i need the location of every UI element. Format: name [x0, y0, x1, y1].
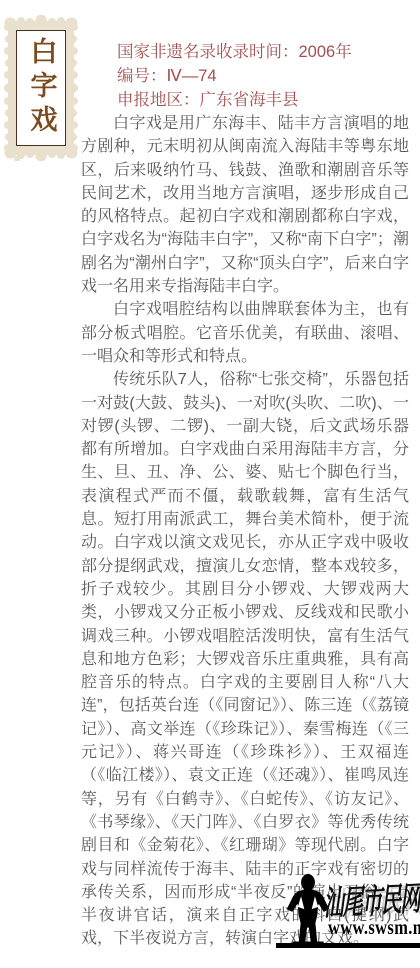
meta-registry-number: 编号：Ⅳ—74 — [117, 64, 409, 88]
article-body: 白字戏是用广东海丰、陆丰方言演唱的地方剧种，元末明初从闽南流入海陆丰等粤东地区，… — [81, 112, 409, 951]
title-plaque: 白字戏 — [3, 15, 79, 161]
opera-title: 白字戏 — [28, 37, 55, 139]
paragraph-ensemble-repertoire: 传统乐队7人，俗称“七张交椅”，乐器包括一对鼓(大鼓、鼓头)、一对吹(头吹、二吹… — [81, 368, 409, 950]
paragraph-origin: 白字戏是用广东海丰、陆丰方言演唱的地方剧种，元末明初从闽南流入海陆丰等粤东地区，… — [81, 112, 409, 298]
paragraph-vocal-style: 白字戏唱腔结构以曲牌联套体为主，也有部分板式唱腔。它音乐优美，有联曲、滚唱、一唱… — [81, 298, 409, 368]
title-plaque-inner: 白字戏 — [16, 30, 66, 146]
meta-inscription-year: 国家非遗名录收录时间：2006年 — [117, 40, 409, 64]
content-column: 国家非遗名录收录时间：2006年 编号：Ⅳ—74 申报地区：广东省海丰县 白字戏… — [81, 40, 409, 951]
meta-applicant-region: 申报地区：广东省海丰县 — [117, 88, 409, 112]
article-page: 白字戏 国家非遗名录收录时间：2006年 编号：Ⅳ—74 申报地区：广东省海丰县… — [0, 0, 420, 968]
heritage-meta-header: 国家非遗名录收录时间：2006年 编号：Ⅳ—74 申报地区：广东省海丰县 — [81, 40, 409, 112]
